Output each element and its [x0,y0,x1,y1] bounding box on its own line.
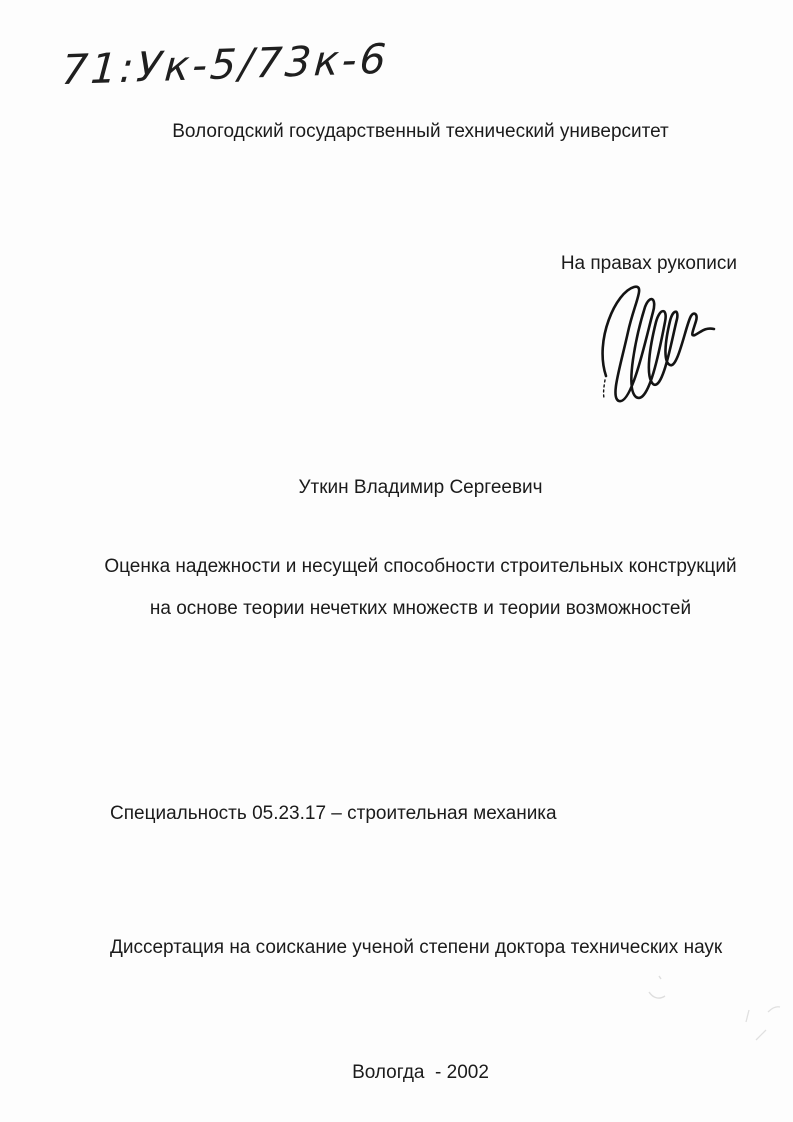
scan-artifact [645,970,705,1010]
scan-artifact [738,1000,788,1045]
specialty-line: Специальность 05.23.17 – строительная ме… [110,802,557,825]
degree-statement: Диссертация на соискание ученой степени … [110,936,722,959]
city-year: Вологда - 2002 [48,1061,793,1084]
manuscript-note: На правах рукописи [561,252,737,275]
handwritten-catalog-code-text: 71:Ук-5/73к-6 [60,35,390,94]
dissertation-title-line-2: на основе теории нечетких множеств и тео… [48,588,793,630]
handwritten-catalog-code: 71:Ук-5/73к-6 [58,34,418,104]
university-name: Вологодский государственный технический … [48,120,793,143]
author-name: Уткин Владимир Сергеевич [48,476,793,499]
dissertation-title: Оценка надежности и несущей способности … [48,546,793,630]
dissertation-title-line-1: Оценка надежности и несущей способности … [48,546,793,588]
handwritten-signature [592,276,718,408]
dissertation-title-page: 71:Ук-5/73к-6 Вологодский государственны… [0,0,793,1122]
